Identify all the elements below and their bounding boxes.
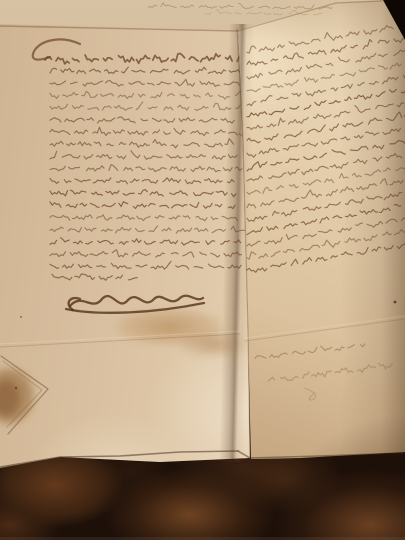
undersheet-writing-marks: [148, 3, 332, 15]
manuscript-photo: [0, 0, 405, 540]
left-page-handwriting: [33, 39, 245, 312]
handwriting-layer: [0, 0, 405, 540]
right-page-handwriting: [247, 26, 405, 401]
